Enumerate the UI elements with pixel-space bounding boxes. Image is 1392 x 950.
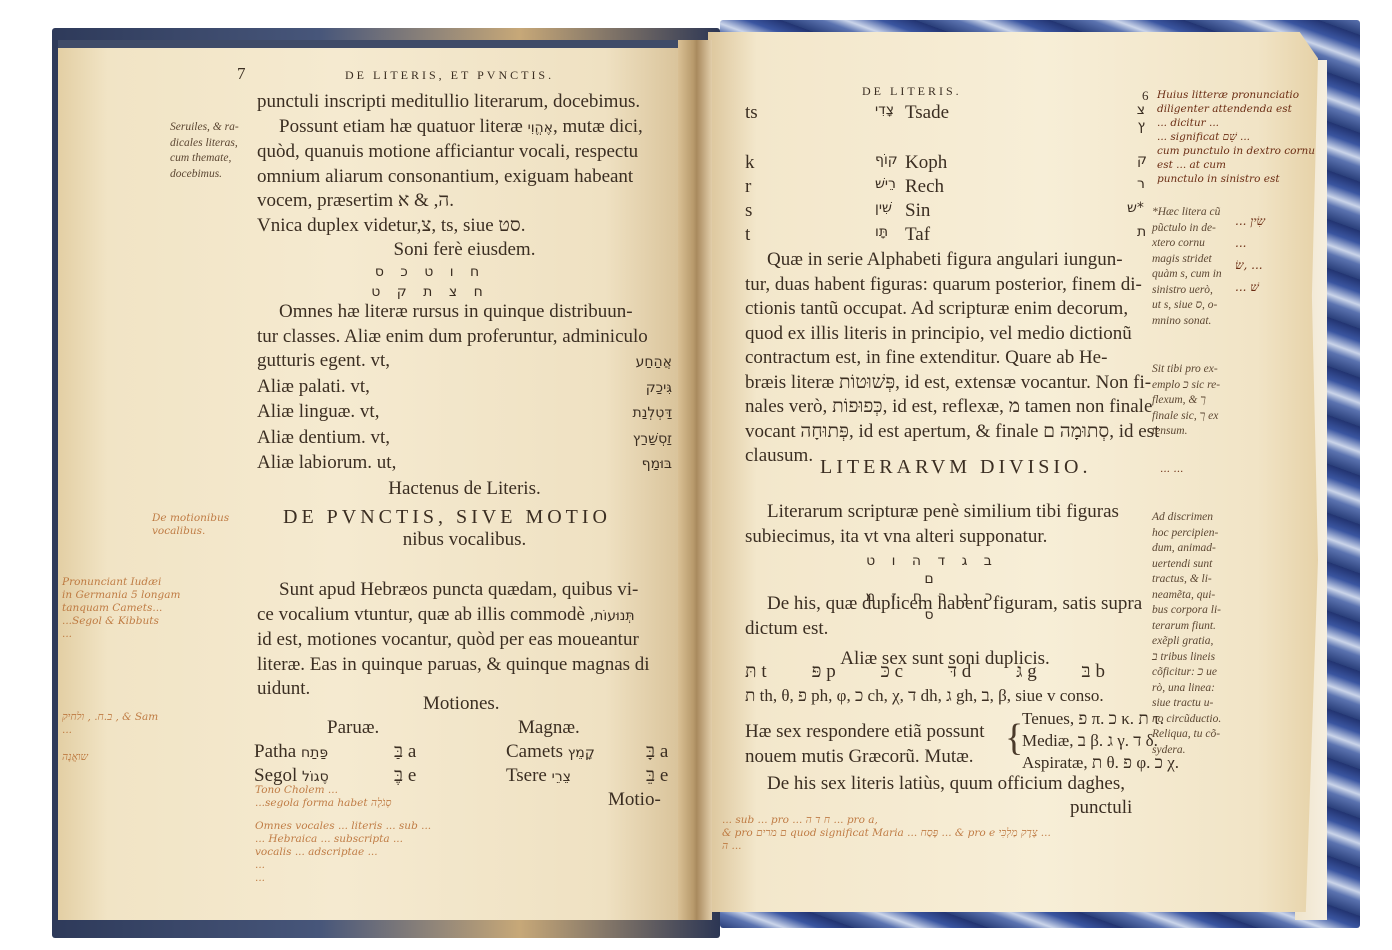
marginal-note-discrimen: Ad discrimen hoc percipien- dum, animad-… [1152, 510, 1234, 758]
page-marker: 6 [1142, 88, 1149, 104]
class-row: gutturis egent. vt,אֲהַחַע [257, 349, 672, 375]
six-letters-row: תּ t פּ p כּ c דּ d גּ g בּ b [745, 660, 1145, 685]
text-block-classes: Omnes hæ literæ rursus in quinque distri… [257, 300, 672, 501]
class-row: Aliæ palati. vt,גִּיכַק [257, 375, 672, 401]
alphabet-row: ts צָדִי Tsade צ ץ [745, 102, 1145, 128]
division-heading: LITERARVM DIVISIO. [820, 456, 1092, 479]
brace: { [1005, 708, 1023, 768]
book-gutter [678, 40, 712, 920]
text-block-punctis: Sunt apud Hebræos puncta quædam, quibus … [257, 578, 672, 702]
last-line: De his sex literis latiùs, quum officium… [767, 772, 1125, 797]
class-row: Aliæ linguæ. vt,דַּטְלְנַת [257, 400, 672, 426]
alphabet-table: ts צָדִי Tsade צ ץ k קוֹף Koph ק r רֵישׁ… [745, 102, 1145, 248]
section-heading: DE PVNCTIS, SIVE MOTIO [283, 506, 611, 529]
manuscript-margin-left: Pronunciant Iudæi in Germania 5 longam t… [62, 576, 252, 764]
six-letters-aspirated: ת th, θ, פ ph, φ, כ ch, χ, ד dh, ג gh, ב… [745, 684, 1104, 709]
manuscript-right-column: ... שִׂין ... שׂ, ... ... שׁ [1235, 210, 1325, 298]
manuscript-note-section: De motionibus vocalibus. [152, 512, 252, 538]
greek-comparison-left: Hæ sex respondere etiã possunt nouem mut… [745, 720, 985, 769]
running-head: DE LITERIS, ET PVNCTIS. [345, 68, 554, 83]
class-row: Aliæ labiorum. ut,בּוּמַף [257, 451, 672, 477]
motiones-header-parvae: Paruæ. [327, 716, 379, 741]
motiones-header-magnae: Magnæ. [518, 716, 580, 741]
alphabet-row: r רֵישׁ Rech ר [745, 176, 1145, 200]
motiones-row: Patha פַּתַח בַּ a Camets קָמֵץ בָּ a [254, 740, 674, 766]
manuscript-bottom-left: Tono Cholem ... ...segola forma habet סְ… [255, 784, 675, 885]
section-subheading: nibus vocalibus. [257, 528, 672, 553]
manuscript-mid-right: ... ... [1160, 462, 1280, 476]
alphabet-row: k קוֹף Koph ק [745, 152, 1145, 176]
class-row: Aliæ dentium. vt,זַסְשַׁרַץ [257, 426, 672, 452]
manuscript-bottom-right: ... sub ... pro ... ח ד ה ... pro a, & p… [722, 814, 1322, 853]
text-block-division: Literarum scripturæ penè similium tibi f… [745, 500, 1145, 549]
running-head-right: DE LITERIS. [862, 84, 962, 99]
motiones-title: Motiones. [423, 692, 500, 717]
hebrew-similar-sounds: ח ו ט כ ס ח צ ת ק ט [370, 262, 490, 302]
marginal-note-example: Sit tibi pro ex- emplo כ sic re- flexum,… [1152, 362, 1234, 440]
text-block-final-letters: Quæ in serie Alphabeti figura angulari i… [745, 248, 1145, 469]
text-block-intro: punctuli inscripti meditullio literarum,… [257, 90, 672, 263]
marginal-note: Seruiles, & ra- dicales literas, cum the… [170, 120, 252, 182]
alphabet-row: s שִׁין Sin *ש [745, 200, 1145, 224]
page-number: 7 [237, 64, 246, 84]
marginal-note-sin: *Hæc litera cũ pũctulo in de- xtero corn… [1152, 205, 1234, 329]
alphabet-row: t תָּו Taf ת [745, 224, 1145, 248]
manuscript-top-right: Huius litteræ pronunciatio diligenter at… [1157, 88, 1347, 186]
